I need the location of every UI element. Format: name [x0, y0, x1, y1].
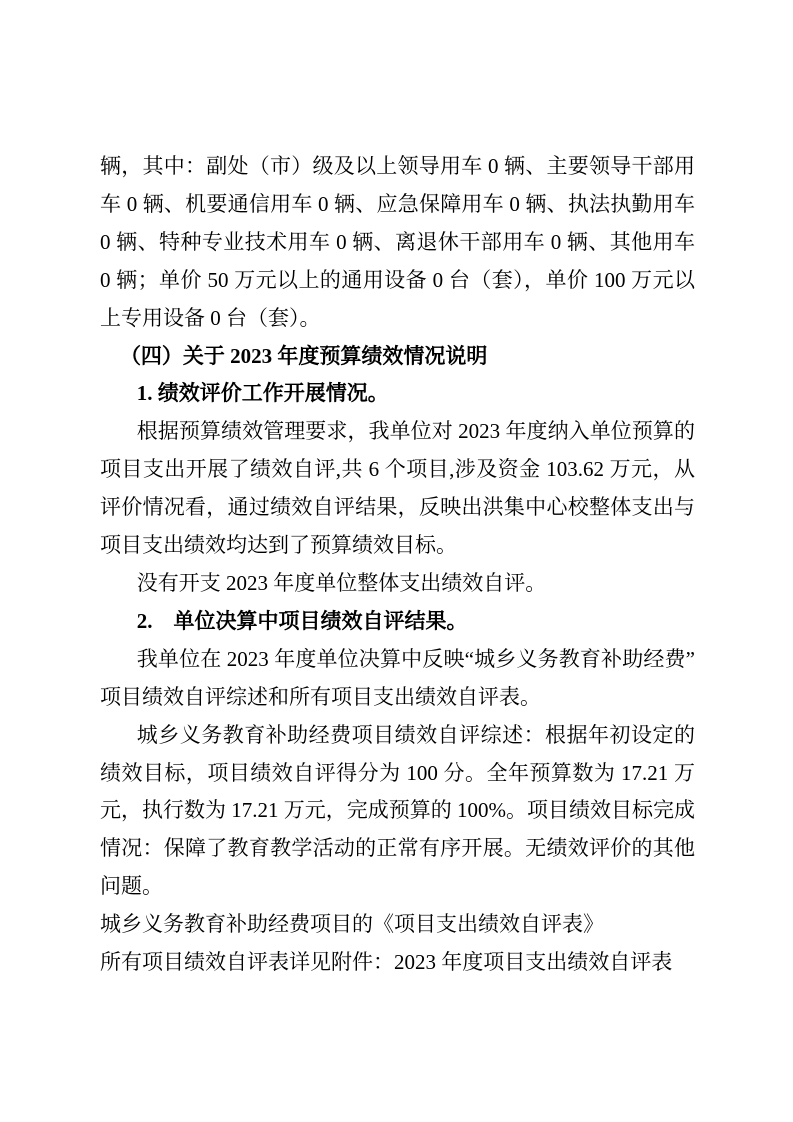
paragraph-attachment-reference-note: 所有项目绩效自评表详见附件：2023 年度项目支出绩效自评表: [100, 944, 695, 982]
paragraph-self-evaluation-overview: 根据预算绩效管理要求，我单位对 2023 年度纳入单位预算的项目支出开展了绩效自…: [100, 413, 695, 565]
paragraph-vehicle-assets: 辆，其中：副处（市）级及以上领导用车 0 辆、主要领导干部用车 0 辆、机要通信…: [100, 148, 695, 338]
paragraph-education-subsidy-performance-summary: 城乡义务教育补助经费项目绩效自评综述：根据年初设定的绩效目标，项目绩效自评得分为…: [100, 717, 695, 907]
paragraph-project-expenditure-table-note: 城乡义务教育补助经费项目的《项目支出绩效自评表》: [100, 906, 695, 944]
document-body: 辆，其中：副处（市）级及以上领导用车 0 辆、主要领导干部用车 0 辆、机要通信…: [100, 148, 695, 982]
paragraph-no-overall-expenditure-evaluation: 没有开支 2023 年度单位整体支出绩效自评。: [100, 565, 695, 603]
paragraph-final-accounts-reflection: 我单位在 2023 年度单位决算中反映“城乡义务教育补助经费”项目绩效自评综述和…: [100, 641, 695, 717]
document-page: 辆，其中：副处（市）级及以上领导用车 0 辆、主要领导干部用车 0 辆、机要通信…: [0, 0, 793, 1122]
heading-1-performance-evaluation-work: 1. 绩效评价工作开展情况。: [100, 375, 695, 413]
heading-2-project-performance-results: 2. 单位决算中项目绩效自评结果。: [100, 603, 695, 641]
heading-section-4-budget-performance: （四）关于 2023 年度预算绩效情况说明: [100, 338, 695, 376]
